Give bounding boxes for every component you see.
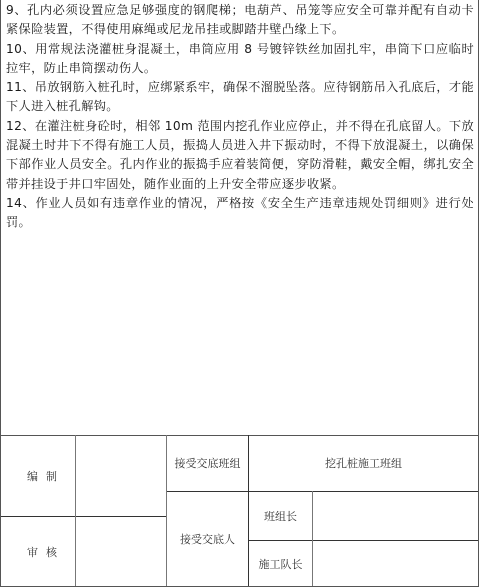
team-leader-value[interactable] <box>313 492 478 540</box>
reviewed-by-label: 审核 <box>1 517 83 586</box>
compiled-by-label: 编制 <box>1 435 83 516</box>
clause-10: 10、用常规法浇灌桩身混凝土，串筒应用 8 号镀锌铁丝加固扎牢，串筒下口应临时拉… <box>6 40 474 79</box>
compiled-by-value[interactable] <box>76 435 166 516</box>
crew-chief-value[interactable] <box>313 541 478 586</box>
clause-11: 11、吊放钢筋入桩孔时，应绑紧系牢，确保不溜脱坠落。应待钢筋吊入孔底后，才能下人… <box>6 78 474 117</box>
crew-chief-label: 施工队长 <box>249 541 312 586</box>
clause-9: 9、孔内必须设置应急足够强度的钢爬梯；电葫芦、吊笼等应安全可靠并配有自动卡紧保险… <box>6 1 474 40</box>
team-leader-label: 班组长 <box>249 492 312 540</box>
receiving-team-label: 接受交底班组 <box>167 435 248 491</box>
clause-12: 12、在灌注桩身砼时，相邻 10m 范围内挖孔作业应停止，并不得在孔底留人。下放… <box>6 117 474 194</box>
safety-clauses: 9、孔内必须设置应急足够强度的钢爬梯；电葫芦、吊笼等应安全可靠并配有自动卡紧保险… <box>6 1 474 233</box>
reviewed-by-value[interactable] <box>76 517 166 586</box>
signature-table: 编制 审核 接受交底班组 挖孔桩施工班组 接受交底人 班组长 施工队长 <box>1 435 478 586</box>
clause-14: 14、作业人员如有违章作业的情况，严格按《安全生产违章违规处罚细则》进行处罚。 <box>6 194 474 233</box>
receiver-label: 接受交底人 <box>167 492 248 586</box>
document-page: 9、孔内必须设置应急足够强度的钢爬梯；电葫芦、吊笼等应安全可靠并配有自动卡紧保险… <box>0 0 479 587</box>
receiving-team-value: 挖孔桩施工班组 <box>249 435 478 491</box>
